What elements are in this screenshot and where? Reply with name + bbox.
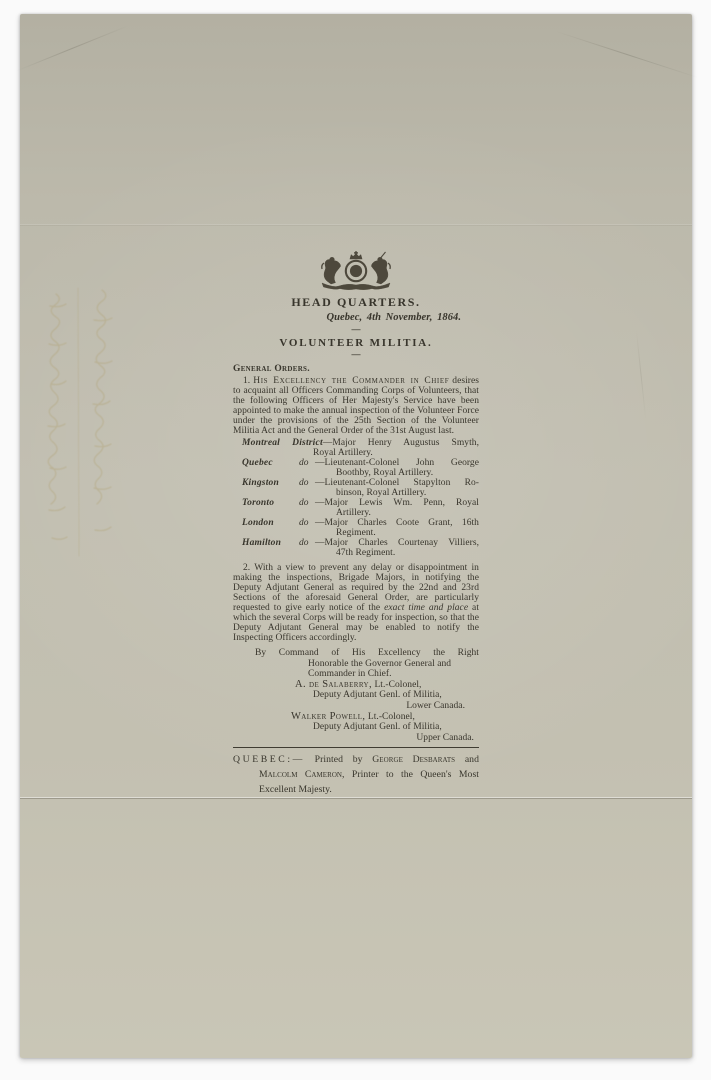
district-name: Montreal District <box>242 438 323 448</box>
imprint-rule <box>233 747 479 748</box>
document-title: VOLUNTEER MILITIA. <box>233 337 479 349</box>
document-heading: HEAD QUARTERS. <box>233 296 479 309</box>
signature-rank: Lt.-Colonel, <box>374 680 421 690</box>
divider-dash: — <box>233 351 479 359</box>
ditto-mark: do <box>299 458 309 468</box>
officer-line: Boothby, Royal Artillery. <box>336 468 479 478</box>
by-command-line: By Command of His Excellency the Right <box>255 648 479 659</box>
officer-line: 47th Regiment. <box>336 548 479 558</box>
paragraph-2: 2. With a view to prevent any delay or d… <box>233 563 479 643</box>
district-name: Kingston <box>242 478 279 488</box>
signature-block-upper-canada: Walker Powell, Lt.-Colonel, Deputy Adjut… <box>233 712 479 744</box>
by-command-line: Honorable the Governor General and <box>308 659 479 670</box>
officer-line: binson, Royal Artillery. <box>336 488 479 498</box>
district-row: London do —Major Charles Coote Grant, 16… <box>233 518 479 538</box>
imprint-city: QUEBEC:— <box>233 754 305 765</box>
district-row: Hamilton do —Major Charles Courtenay Vil… <box>233 538 479 558</box>
district-name: Hamilton <box>242 538 281 548</box>
dateline: Quebec, 4th November, 1864. <box>233 312 479 324</box>
district-row: Quebec do —Lieutenant-Colonel John Georg… <box>233 458 479 478</box>
district-name: London <box>242 518 274 528</box>
printed-column: HEAD QUARTERS. Quebec, 4th November, 186… <box>233 250 479 797</box>
officer-line: —Lieutenant-Colonel John George <box>315 458 479 468</box>
officer-line: —Lieutenant-Colonel Stapylton Ro- <box>315 478 479 488</box>
officer-line: Regiment. <box>336 528 479 538</box>
paragraph-1-lead: His Excellency the Commander in Chief <box>253 376 449 386</box>
officer-line: Royal Artillery. <box>313 448 479 458</box>
section-heading: General Orders. <box>233 364 479 374</box>
imprint-printer-1: George Desbarats <box>372 754 455 765</box>
district-name: Quebec <box>242 458 273 468</box>
paragraph-1: 1. His Excellency the Commander in Chief… <box>233 376 479 436</box>
fold-crease-bottom <box>20 797 692 800</box>
imprint-printed-by: Printed by <box>315 754 363 765</box>
officer-line: —Major Charles Coote Grant, 16th <box>315 518 479 528</box>
imprint-conjunction: and <box>465 754 479 765</box>
edge-crease <box>636 330 646 420</box>
ditto-mark: do <box>299 518 309 528</box>
paragraph-2-emphasis: exact time and place <box>384 603 468 613</box>
district-row: Kingston do —Lieutenant-Colonel Stapylto… <box>233 478 479 498</box>
paragraph-number: 1. <box>243 376 250 386</box>
officer-line: —Major Charles Courtenay Villiers, <box>315 538 479 548</box>
officer-line: —Major Lewis Wm. Penn, Royal <box>315 498 479 508</box>
document-sheet: HEAD QUARTERS. Quebec, 4th November, 186… <box>20 14 692 1058</box>
officer-assignment: —Major Henry Augustus Smyth, <box>323 438 479 448</box>
district-row: Toronto do —Major Lewis Wm. Penn, Royal … <box>233 498 479 518</box>
royal-coat-of-arms-icon <box>317 250 395 290</box>
imprint-printer-2: Malcolm Cameron <box>259 769 342 780</box>
officer-line: Montreal District—Major Henry Augustus S… <box>242 438 479 448</box>
signature-block-lower-canada: A. de Salaberry, Lt.-Colonel, Deputy Adj… <box>233 680 479 712</box>
handwriting-bleedthrough <box>32 286 136 560</box>
district-name: Toronto <box>242 498 274 508</box>
ditto-mark: do <box>299 498 309 508</box>
paragraph-number: 2. <box>243 563 250 573</box>
fold-crease-top <box>20 224 692 227</box>
ditto-mark: do <box>299 538 309 548</box>
signature-title: Deputy Adjutant Genl. of Militia, <box>313 722 479 733</box>
signature-title: Deputy Adjutant Genl. of Militia, <box>313 690 479 701</box>
imprint: QUEBEC:— Printed by George Desbarats and… <box>233 752 479 797</box>
corner-crease <box>16 26 128 72</box>
divider-dash: — <box>233 326 479 334</box>
district-row: Montreal District—Major Henry Augustus S… <box>233 438 479 458</box>
signature-name: A. de Salaberry, <box>295 679 372 690</box>
signature-name: Walker Powell, <box>291 711 365 722</box>
signature-rank: Lt.-Colonel, <box>368 712 415 722</box>
officer-line: Artillery. <box>336 508 479 518</box>
corner-crease <box>556 31 699 78</box>
ditto-mark: do <box>299 478 309 488</box>
signature-region: Upper Canada. <box>233 733 479 744</box>
district-table: Montreal District—Major Henry Augustus S… <box>233 438 479 558</box>
by-command-block: By Command of His Excellency the Right H… <box>233 648 479 680</box>
